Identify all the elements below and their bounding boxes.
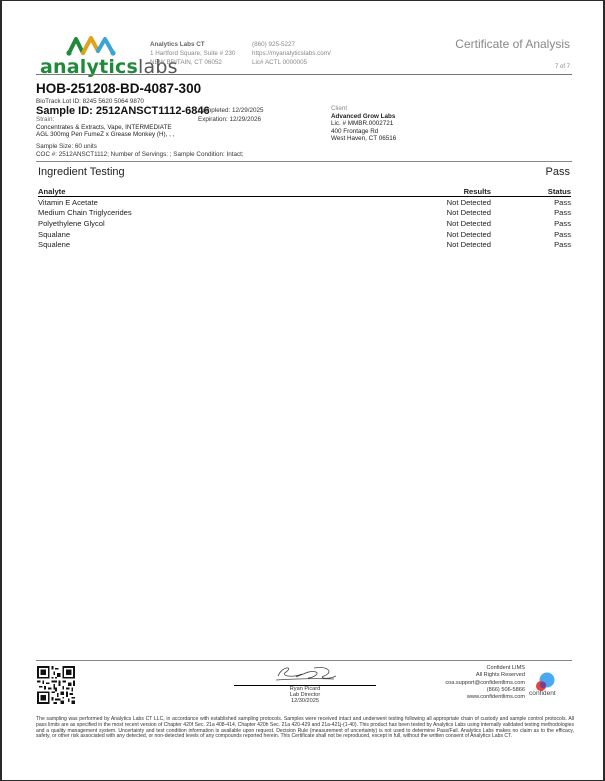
client-address-2: West Haven, CT 06516 <box>331 135 396 143</box>
client-label: Client <box>331 105 396 113</box>
lab-info: Analytics Labs CT 1 Hartford Square, Sui… <box>150 40 235 68</box>
lims-info: Confident LIMS All Rights Reserved coa.s… <box>445 665 525 701</box>
coc-line: COC #: 2512ANSCT1112; Number of Servings… <box>36 151 244 159</box>
section-title: Ingredient Testing <box>38 166 125 178</box>
client-info: Client Advanced Grow Labs Lic. # MMBR.00… <box>331 105 396 143</box>
section-overall-status: Pass <box>546 166 570 178</box>
result-cell: Not Detected <box>341 197 491 208</box>
table-row: Medium Chain TriglyceridesNot DetectedPa… <box>38 208 571 219</box>
lab-website[interactable]: https://myanalyticslabs.com/ <box>252 49 331 58</box>
result-cell: Not Detected <box>341 208 491 219</box>
analyte-cell: Squalene <box>38 239 341 250</box>
lab-contact: (860) 925-5227 https://myanalyticslabs.c… <box>252 40 331 68</box>
column-header-analyte: Analyte <box>38 187 341 197</box>
lims-name: Confident LIMS <box>445 665 525 672</box>
analyte-cell: Vitamin E Acetate <box>38 197 341 208</box>
status-cell: Pass <box>491 218 571 229</box>
lab-name: Analytics Labs CT <box>150 40 235 49</box>
table-row: Polyethylene GlycolNot DetectedPass <box>38 218 571 229</box>
status-cell: Pass <box>491 208 571 219</box>
footer-divider <box>36 660 572 661</box>
header-divider <box>36 74 572 75</box>
qr-code-icon[interactable] <box>37 666 75 704</box>
page-indicator: 7 of 7 <box>555 64 570 70</box>
legal-disclaimer: The sampling was performed by Analytics … <box>36 717 574 740</box>
status-cell: Pass <box>491 239 571 250</box>
result-cell: Not Detected <box>341 229 491 240</box>
table-header-row: Analyte Results Status <box>38 187 571 197</box>
status-cell: Pass <box>491 229 571 240</box>
lab-license: Lic# ACTL 0000005 <box>252 58 331 67</box>
column-header-results: Results <box>341 187 491 197</box>
signatory-block: Ryan Picard Lab Director 12/30/2025 <box>234 686 376 705</box>
completed-date: Completed: 12/29/2025 <box>198 106 263 115</box>
signed-date: 12/30/2025 <box>234 698 376 704</box>
result-cell: Not Detected <box>341 239 491 250</box>
confident-wordmark: confident <box>529 690 556 697</box>
client-license: Lic. # MMBR.0002721 <box>331 120 396 128</box>
batch-id: HOB-251208-BD-4087-300 <box>36 81 201 96</box>
strain-label: Strain: <box>36 116 174 124</box>
signature-image <box>272 664 342 684</box>
strain-block: Strain: Concentrates & Extracts, Vape, I… <box>36 116 174 139</box>
client-address-1: 400 Frontage Rd <box>331 128 396 136</box>
lab-address-2: NEW BRITAIN, CT 06052 <box>150 58 235 67</box>
sample-dates: Completed: 12/29/2025 Expiration: 12/29/… <box>198 106 263 124</box>
lims-email[interactable]: coa.support@confidentlims.com <box>445 680 525 687</box>
result-cell: Not Detected <box>341 218 491 229</box>
product-category: Concentrates & Extracts, Vape, INTERMEDI… <box>36 124 174 132</box>
analyte-cell: Polyethylene Glycol <box>38 218 341 229</box>
analyte-cell: Squalane <box>38 229 341 240</box>
client-name: Advanced Grow Labs <box>331 113 396 121</box>
status-cell: Pass <box>491 197 571 208</box>
table-row: Vitamin E AcetateNot DetectedPass <box>38 197 571 208</box>
lims-phone: (866) 506-5866 <box>445 687 525 694</box>
column-header-status: Status <box>491 187 571 197</box>
analyte-cell: Medium Chain Triglycerides <box>38 208 341 219</box>
expiration-date: Expiration: 12/29/2026 <box>198 115 263 124</box>
analytics-labs-logo-icon <box>66 33 116 57</box>
biotrack-lot-id: BioTrack Lot ID: 8245 5620 5064 9870 <box>36 98 144 105</box>
table-row: SqualeneNot DetectedPass <box>38 239 571 250</box>
lab-phone: (860) 925-5227 <box>252 40 331 49</box>
section-divider <box>36 161 572 162</box>
coa-page: analyticslabs Analytics Labs CT 1 Hartfo… <box>2 1 603 780</box>
ingredient-testing-table: Analyte Results Status Vitamin E Acetate… <box>38 187 571 250</box>
document-title: Certificate of Analysis <box>455 37 570 51</box>
lims-website[interactable]: www.confidentlims.com <box>445 694 525 701</box>
sample-details: Sample Size: 60 units COC #: 2512ANSCT11… <box>36 143 244 158</box>
table-row: SqualaneNot DetectedPass <box>38 229 571 240</box>
sample-size: Sample Size: 60 units <box>36 143 244 151</box>
confident-logo-icon <box>530 672 560 692</box>
product-name: AGL 300mg Pen FumeZ x Grease Monkey (H),… <box>36 131 174 139</box>
lims-rights: All Rights Reserved <box>445 672 525 679</box>
lab-address-1: 1 Hartford Square, Suite # 230 <box>150 49 235 58</box>
